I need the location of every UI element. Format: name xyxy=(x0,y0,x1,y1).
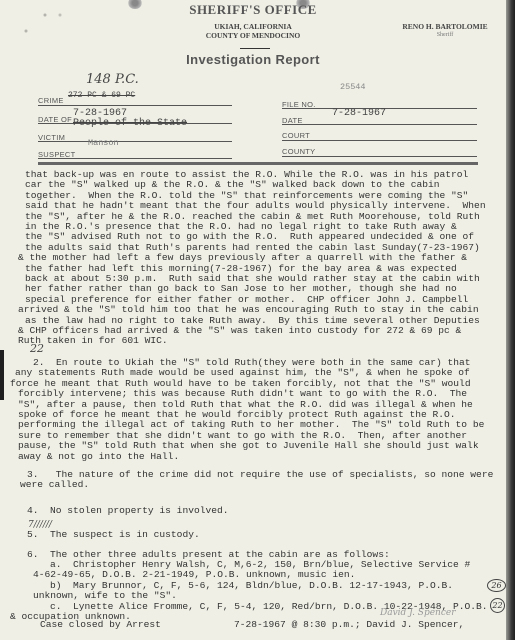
closing-status: Case closed by Arrest xyxy=(40,620,161,630)
circled-annotation: 22 xyxy=(490,598,505,613)
text-line: were called. xyxy=(20,480,89,490)
scan-edge xyxy=(506,0,515,640)
closing-date-officer: 7-28-1967 @ 8:30 p.m.; David J. Spencer, xyxy=(234,620,464,630)
paragraph-5: 5. The suspect is in custody. xyxy=(27,530,200,540)
report-narrative: that back-up was en route to assist the … xyxy=(0,0,506,208)
officer-signature: David J. Spencer xyxy=(380,608,456,618)
document-page: SHERIFF'S OFFICE UKIAH, CALIFORNIA COUNT… xyxy=(0,0,506,640)
margin-mark: 22 xyxy=(30,344,44,354)
text-line: 3. The nature of the crime did not requi… xyxy=(27,470,493,480)
circled-annotation: 26 xyxy=(487,579,506,592)
paragraph-4: 4. No stolen property is involved. xyxy=(27,506,229,516)
text-line: away & not go into the Hall. xyxy=(18,452,179,462)
scan-edge xyxy=(0,350,4,400)
